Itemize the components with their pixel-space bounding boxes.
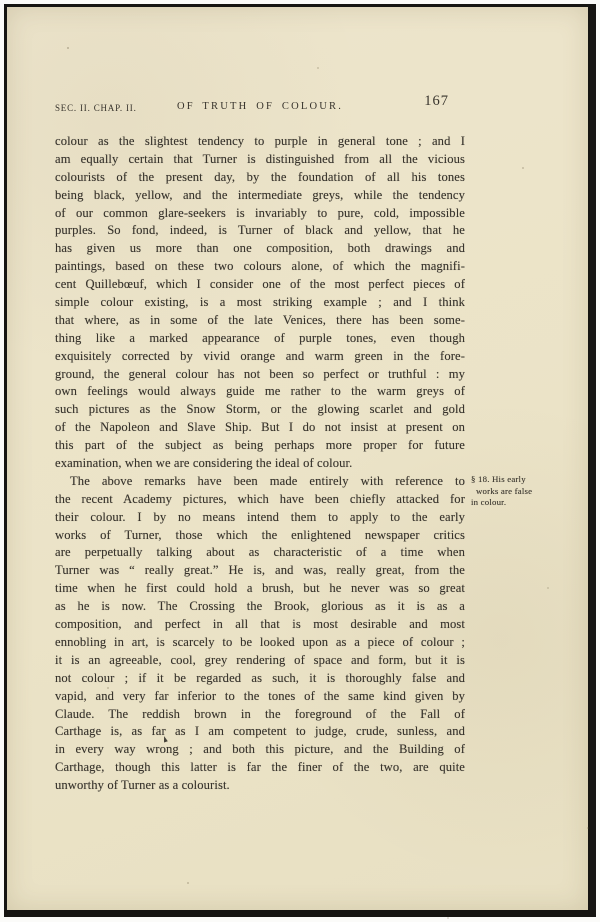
scanned-book-page: SEC. II. CHAP. II. OF TRUTH OF COLOUR. 1… [0,0,600,922]
text-line: time when he first could hold a brush, b… [55,580,465,598]
page-number: 167 [424,93,449,110]
body-text: colour as the slightest tendency to purp… [55,133,465,795]
text-line: purples. So fond, indeed, is Turner of b… [55,222,465,240]
section-chapter-label: SEC. II. CHAP. II. [55,103,137,113]
text-line: this part of the subject as being perhap… [55,437,465,455]
text-line: Turner was “ really great.” He is, and w… [55,562,465,580]
text-line: unworthy of Turner as a colourist. [55,777,465,795]
page-paper: SEC. II. CHAP. II. OF TRUTH OF COLOUR. 1… [4,4,596,917]
text-line: cent Quillebœuf, which I consider one of… [55,276,465,294]
text-line: such pictures as the Snow Storm, or the … [55,401,465,419]
text-line: colourists of the present day, by the fo… [55,169,465,187]
text-line: own feelings would always guide me rathe… [55,383,465,401]
margin-note: § 18. His earlyworks are falsein colour. [471,474,583,509]
text-line: ennobling in art, is scarcely to be look… [55,634,465,652]
text-line: being black, yellow, and the intermediat… [55,187,465,205]
margin-note-line: works are false [471,486,583,498]
text-line: are perpetually talking about as charact… [55,544,465,562]
text-line: it is an agreeable, cool, grey rendering… [55,652,465,670]
text-line: paintings, based on these two colours al… [55,258,465,276]
text-line: The above remarks have been made entirel… [55,473,465,491]
text-line: not colour ; if it be regarded as such, … [55,670,465,688]
text-line: examination, when we are considering the… [55,455,465,473]
text-line: in every way wrong ; and both this pictu… [55,741,465,759]
text-line: their colour. I by no means intend them … [55,509,465,527]
page-header: SEC. II. CHAP. II. OF TRUTH OF COLOUR. 1… [55,95,465,117]
text-line: colour as the slightest tendency to purp… [55,133,465,151]
text-line: exquisitely corrected by vivid orange an… [55,348,465,366]
text-line: Carthage, though this latter is far the … [55,759,465,777]
paper-speckles [67,47,69,49]
text-line: that where, as in some of the late Venic… [55,312,465,330]
text-line: thing like a marked appearance of purple… [55,330,465,348]
text-line: of our common glare-seekers is invariabl… [55,205,465,223]
text-line: ground, the general colour has not been … [55,366,465,384]
text-line: has given us more than one composition, … [55,240,465,258]
text-line: of the Napoleon and Slave Ship. But I do… [55,419,465,437]
text-line: vapid, and very far inferior to the tone… [55,688,465,706]
margin-note-line: § 18. His early [471,474,583,486]
text-line: Claude. The reddish brown in the foregro… [55,706,465,724]
margin-note-line: in colour. [471,497,583,509]
text-line: simple colour existing, is a most striki… [55,294,465,312]
text-line: works of Turner, those which the enlight… [55,527,465,545]
running-title: OF TRUTH OF COLOUR. [177,101,343,112]
text-line: composition, and perfect in all that is … [55,616,465,634]
text-line: Carthage is, as far as I am competent to… [55,723,465,741]
text-line: as he is now. The Crossing the Brook, gl… [55,598,465,616]
text-line: the recent Academy pictures, which have … [55,491,465,509]
text-line: am equally certain that Turner is distin… [55,151,465,169]
paragraph: colour as the slightest tendency to purp… [55,133,465,473]
paragraph: The above remarks have been made entirel… [55,473,465,795]
